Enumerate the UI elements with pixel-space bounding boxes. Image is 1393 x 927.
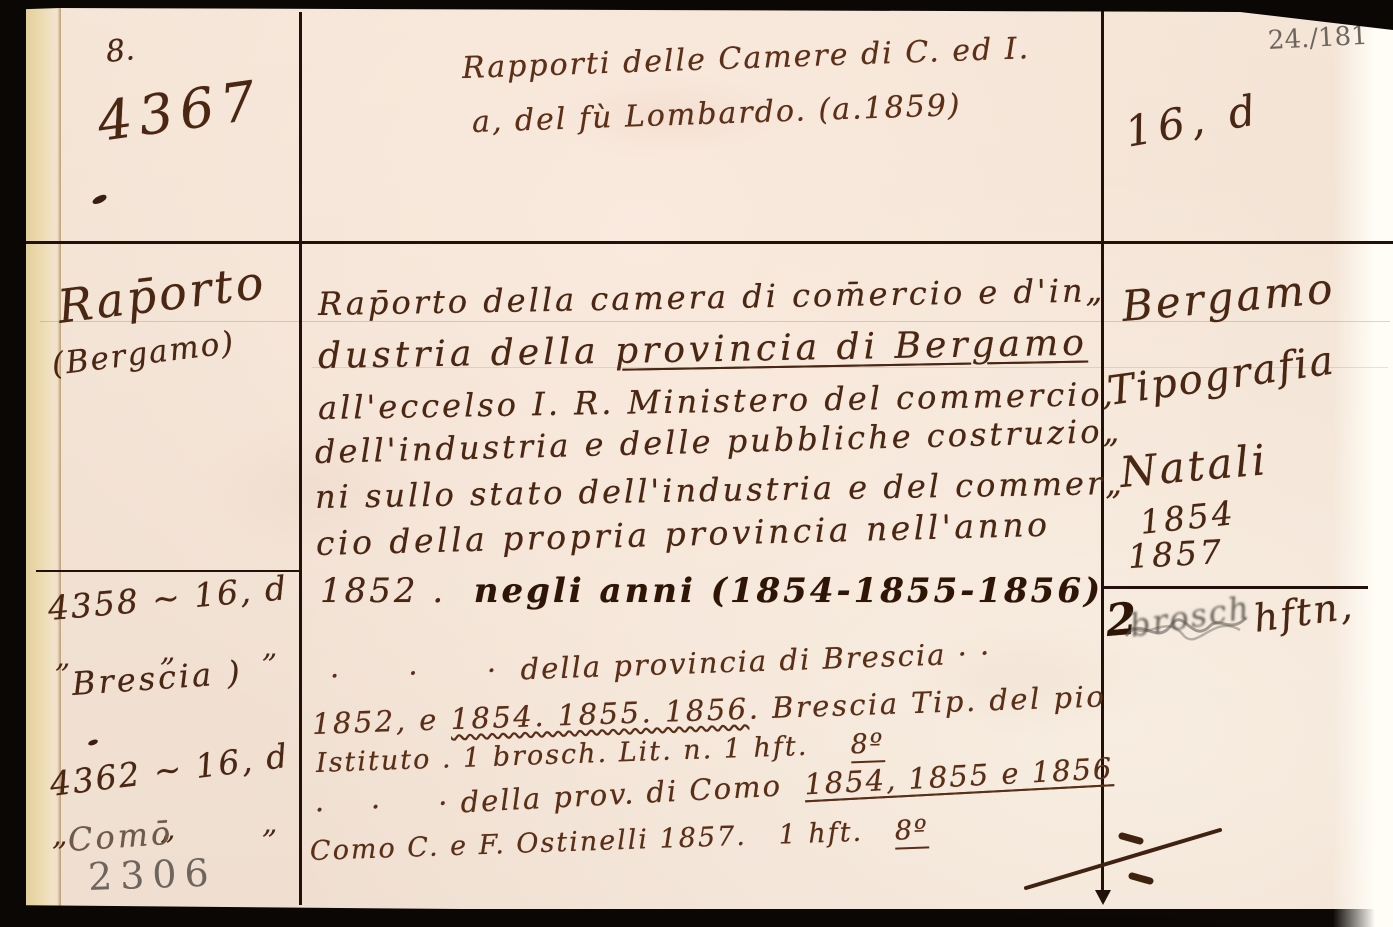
title-line-7: 1852 . negli anni (1854-1855-1856)	[320, 574, 1103, 608]
added-como-format: 8º	[894, 814, 929, 849]
title-added-years: negli anni (1854-1855-1856)	[474, 571, 1103, 611]
title-line-2-plain: dustria della	[318, 331, 616, 377]
photo-border-left	[0, 0, 26, 927]
pencil-accession-number: 2306	[87, 854, 217, 896]
ditto-mark: „	[262, 630, 278, 665]
grid-line-vertical-left	[299, 12, 302, 905]
imprint-printer-line2: Natali	[1118, 439, 1270, 494]
catalog-card-photo: 8. 4367 Rapporti delle Camere di C. ed I…	[0, 0, 1393, 927]
repeat-slash-mark	[1020, 818, 1240, 908]
pencil-folio-number: 24./181	[1267, 23, 1368, 54]
grid-line-horizontal-top	[25, 241, 1393, 244]
ditto-mark: „	[55, 640, 71, 675]
imprint-year-2: 1857	[1127, 535, 1225, 573]
ditto-mark: „	[262, 806, 278, 841]
pencil-smudge-scribble	[1122, 596, 1252, 656]
ditto-mark: „	[52, 818, 68, 853]
title-line-2-underlined: provincia di Bergamo	[615, 323, 1088, 372]
card-bright-edge	[1333, 0, 1393, 927]
title-year: 1852 .	[320, 571, 474, 611]
added-brescia-format: 8º	[850, 728, 885, 763]
added-brescia-year-first: 1852, e	[311, 702, 451, 741]
crossref-2-place: Comō	[67, 817, 174, 856]
format-mark: 8.	[104, 35, 136, 68]
